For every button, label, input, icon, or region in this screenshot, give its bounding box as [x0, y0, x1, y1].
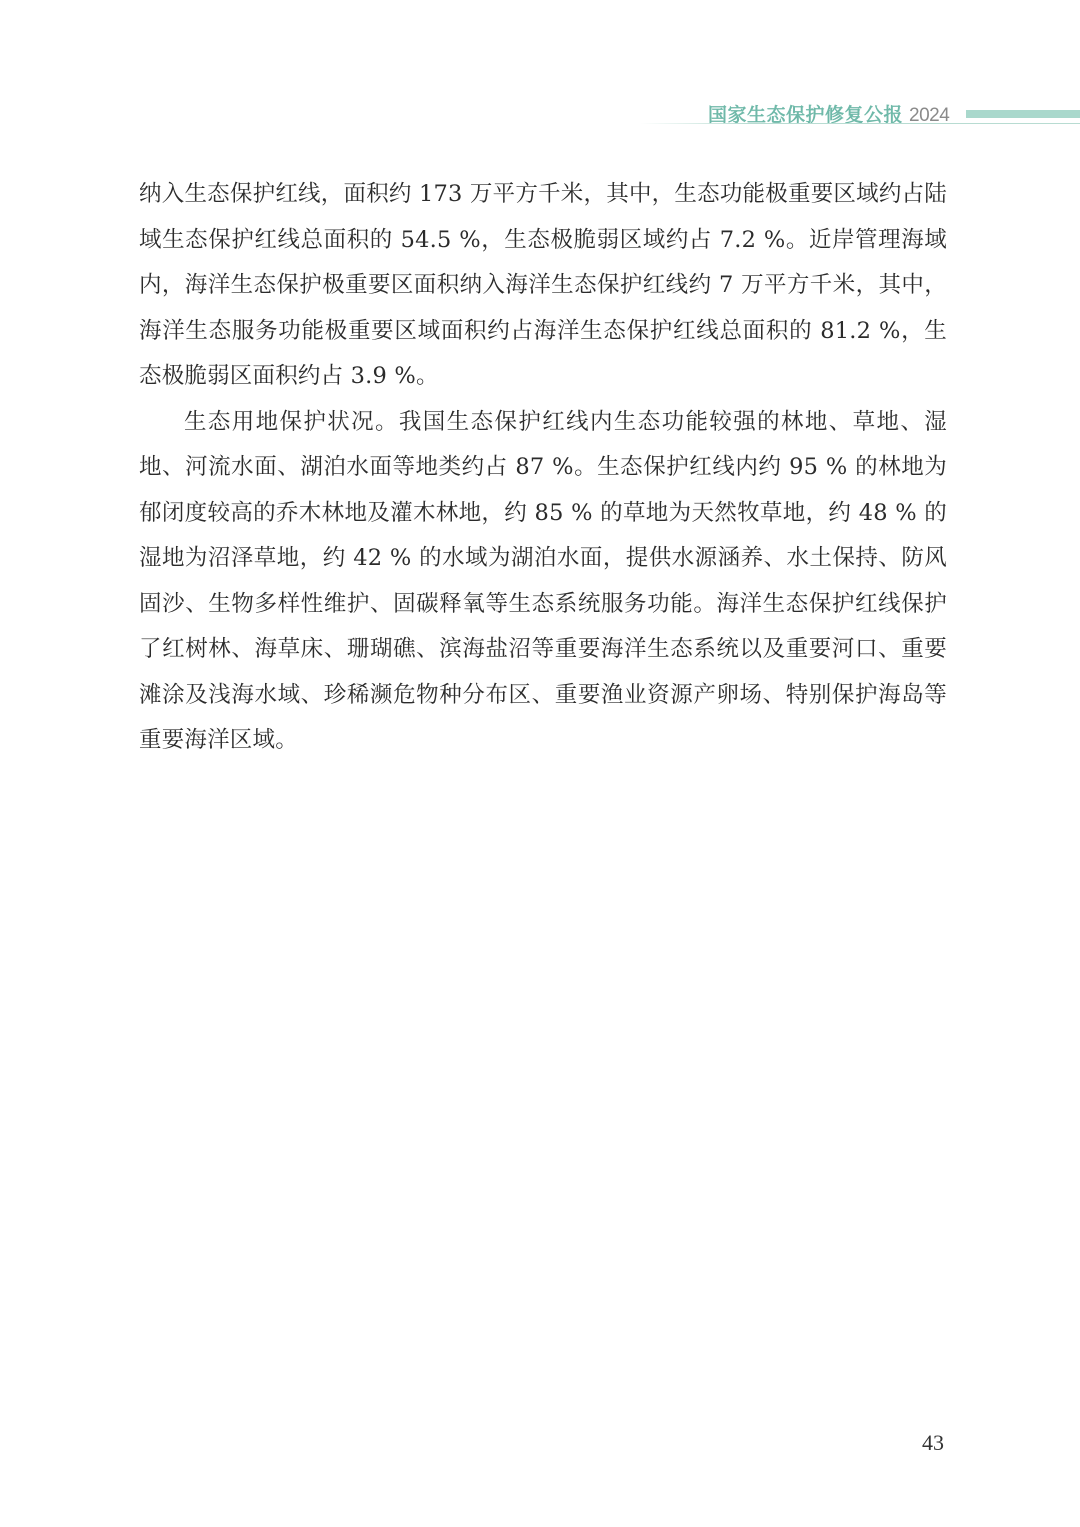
page-number: 43	[922, 1430, 944, 1456]
header-divider	[640, 123, 1080, 124]
body-text: 纳入生态保护红线，面积约 173 万平方千米，其中，生态功能极重要区域约占陆域生…	[139, 172, 947, 764]
running-header: 国家生态保护修复公报2024	[0, 96, 1080, 130]
paragraph-ecological-land-protection: 生态用地保护状况。我国生态保护红线内生态功能较强的林地、草地、湿地、河流水面、湖…	[139, 400, 947, 764]
header-accent-bar	[966, 110, 1080, 118]
paragraph-red-line-area: 纳入生态保护红线，面积约 173 万平方千米，其中，生态功能极重要区域约占陆域生…	[139, 172, 947, 400]
